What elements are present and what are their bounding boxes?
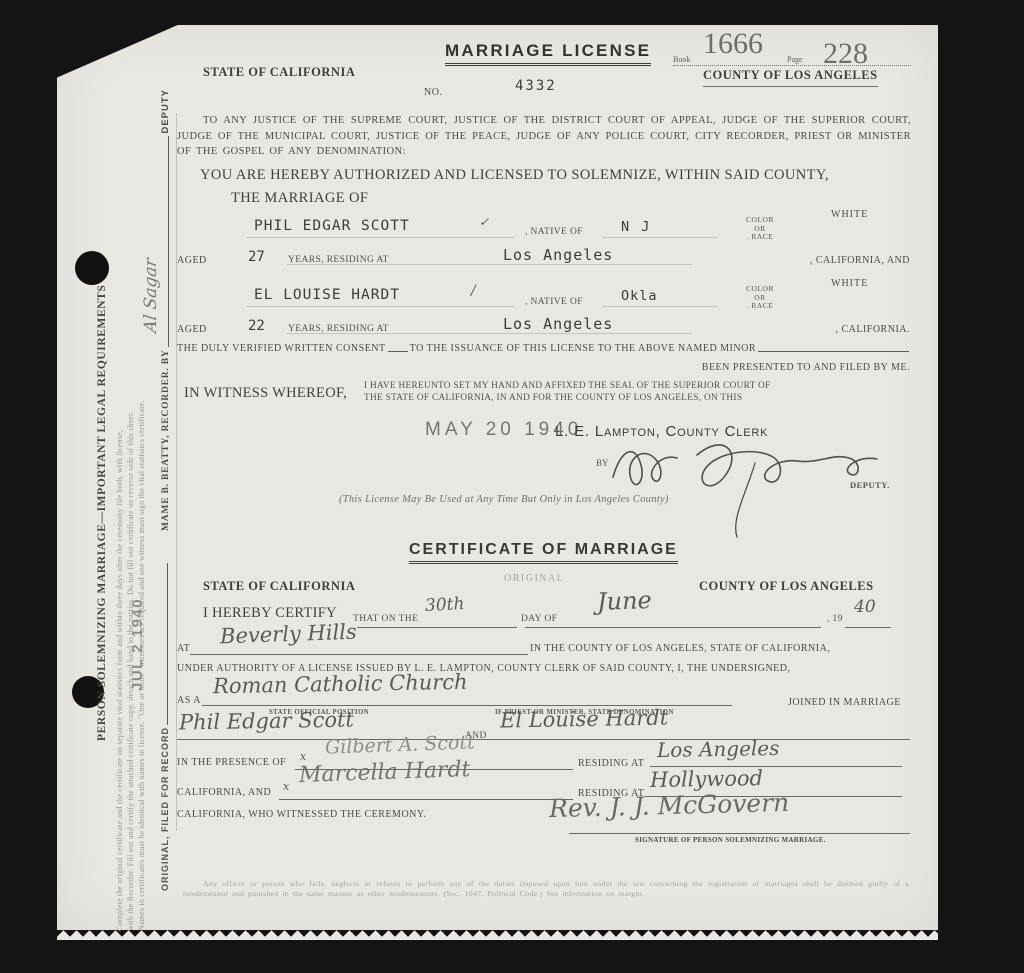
residing-label1: RESIDING AT <box>578 758 644 769</box>
certificate-title: CERTIFICATE OF MARRIAGE <box>409 541 678 564</box>
margin-recorder-label: MAME B. BEATTY, RECORDER. BY <box>161 349 171 531</box>
bride-residence: Los Angeles <box>503 315 613 333</box>
witness-body-line1: I HAVE HEREUNTO SET MY HAND AND AFFIXED … <box>364 381 771 393</box>
page-label: Page <box>787 55 803 64</box>
groom-age: 27 <box>248 249 265 265</box>
place-suffix: IN THE COUNTY OF LOS ANGELES, STATE OF C… <box>530 643 830 654</box>
groom-native: N J <box>621 219 651 235</box>
consent-part3: BEEN PRESENTED TO AND FILED BY ME. <box>537 362 910 373</box>
groom-checkmark: ✓ <box>479 215 489 229</box>
groom-suffix: , CALIFORNIA, AND <box>697 255 910 266</box>
bride-checkmark: / <box>471 283 476 299</box>
month-value: June <box>597 586 653 616</box>
that-on-the-label: THAT ON THE <box>353 614 418 624</box>
race-label-line3: . RACE <box>729 233 791 242</box>
year-value: 40 <box>854 597 876 617</box>
bride-race-label: COLOR OR . RACE <box>729 285 791 311</box>
consent-part2: TO THE ISSUANCE OF THIS LICENSE TO THE A… <box>410 343 756 354</box>
book-page-block: Book 1666 Page 228 <box>673 29 911 66</box>
presence-label: IN THE PRESENCE OF <box>177 757 286 768</box>
day-value: 30th <box>425 594 465 616</box>
groom-race: WHITE <box>831 209 868 220</box>
scanned-marriage-license: { "colors": { "paper": "#e9e7e2", "backg… <box>0 0 1024 973</box>
form-left-rule <box>176 113 177 831</box>
witness-lead: IN WITNESS WHEREOF, <box>184 385 347 402</box>
margin-header: PERSON SOLEMNIZING MARRIAGE—IMPORTANT LE… <box>96 207 108 741</box>
certificate-groom-name: Phil Edgar Scott <box>179 707 354 734</box>
witness1-residence: Los Angeles <box>657 736 780 762</box>
document-page: Complete the original certificate and th… <box>57 25 938 930</box>
signature-caption: SIGNATURE OF PERSON SOLEMNIZING MARRIAGE… <box>635 836 826 844</box>
day-of-label: DAY OF <box>521 614 557 624</box>
license-county: COUNTY OF LOS ANGELES <box>703 68 878 87</box>
certificate-county: COUNTY OF LOS ANGELES <box>699 579 874 594</box>
groom-residence: Los Angeles <box>503 246 613 264</box>
book-value: 1666 <box>703 27 763 61</box>
witnessed-line: CALIFORNIA, WHO WITNESSED THE CEREMONY. <box>177 809 426 820</box>
margin-original-filed-line <box>167 563 168 725</box>
usage-note: (This License May Be Used at Any Time Bu… <box>339 494 669 505</box>
place-value: Beverly Hills <box>220 620 357 649</box>
license-state: STATE OF CALIFORNIA <box>203 65 355 80</box>
consent-blank1 <box>388 351 408 352</box>
bride-name: EL LOUISE HARDT <box>254 287 400 303</box>
margin-recorder-line <box>168 136 169 348</box>
consent-row: THE DULY VERIFIED WRITTEN CONSENT TO THE… <box>177 343 911 354</box>
deputy-label: DEPUTY. <box>850 480 890 490</box>
consent-part1: THE DULY VERIFIED WRITTEN CONSENT <box>177 343 386 354</box>
bride-suffix: , CALIFORNIA. <box>697 324 910 335</box>
solemnizer-signature: Rev. J. J. McGovern <box>549 788 790 823</box>
year-19-label: , 19 <box>827 614 843 624</box>
margin-original-filed-row: ORIGINAL, FILED FOR RECORD <box>160 561 170 891</box>
margin-annotation: Al Sagar <box>141 211 161 334</box>
margin-filed-stamp: JUL 2 1940 <box>129 581 146 691</box>
original-watermark: ORIGINAL <box>504 573 564 584</box>
margin-deputy-label: DEPUTY <box>160 89 171 134</box>
witness-body-line2: THE STATE OF CALIFORNIA, IN AND FOR THE … <box>364 393 771 405</box>
margin-recorder-row: MAME B. BEATTY, RECORDER. BY DEPUTY <box>160 89 171 531</box>
groom-native-label: , NATIVE OF <box>525 227 583 237</box>
certificate-bride-name: El Louise Hardt <box>500 706 669 733</box>
bride-aged-label: AGED <box>177 324 207 335</box>
margin-instructions-line1: Complete the original certificate and th… <box>115 69 126 931</box>
groom-name: PHIL EDGAR SCOTT <box>254 218 410 234</box>
margin-original-filed-label: ORIGINAL, FILED FOR RECORD <box>160 727 170 891</box>
license-no-value: 4332 <box>515 78 557 94</box>
license-no-label: NO. <box>424 87 442 98</box>
california-and-label: CALIFORNIA, AND <box>177 787 271 798</box>
page-value: 228 <box>823 37 868 71</box>
groom-race-label: COLOR OR . RACE <box>729 216 791 242</box>
witness2-mark: x <box>283 780 289 793</box>
bride-race: WHITE <box>831 278 868 289</box>
certificate-state: STATE OF CALIFORNIA <box>203 579 355 594</box>
groom-aged-label: AGED <box>177 255 207 266</box>
witness1-signature: Gilbert A. Scott <box>325 731 475 758</box>
book-label: Book <box>673 55 690 64</box>
bride-native-label: , NATIVE OF <box>525 297 583 307</box>
margin-instructions-line2: with the Recorder. Fill out and certify … <box>126 69 137 931</box>
margin-instructions-line3: Names in certificates must be identical … <box>137 69 148 931</box>
witness1-mark: x <box>300 750 306 763</box>
race-label-line3: . RACE <box>729 302 791 311</box>
witness2-signature: Marcella Hardt <box>299 757 471 788</box>
witness-body: I HAVE HEREUNTO SET MY HAND AND AFFIXED … <box>364 381 771 404</box>
bride-native: Okla <box>621 288 658 304</box>
bride-age: 22 <box>248 318 265 334</box>
at-label: AT <box>177 643 190 654</box>
consent-blank2 <box>758 351 909 352</box>
authorization-line2: THE MARRIAGE OF <box>231 190 368 207</box>
penalty-fine-print: Any officer or person who fails, neglect… <box>183 879 909 899</box>
license-title: MARRIAGE LICENSE <box>445 41 651 66</box>
as-a-label: AS A <box>177 695 201 706</box>
position-value: Roman Catholic Church <box>213 670 468 698</box>
certify-lead: I HEREBY CERTIFY <box>203 605 337 622</box>
margin-instructions: Complete the original certificate and th… <box>115 69 147 931</box>
authorization-line1: YOU ARE HEREBY AUTHORIZED AND LICENSED T… <box>200 167 829 184</box>
joined-label: JOINED IN MARRIAGE <box>788 697 901 708</box>
addressee-paragraph: TO ANY JUSTICE OF THE SUPREME COURT, JUS… <box>177 113 911 160</box>
